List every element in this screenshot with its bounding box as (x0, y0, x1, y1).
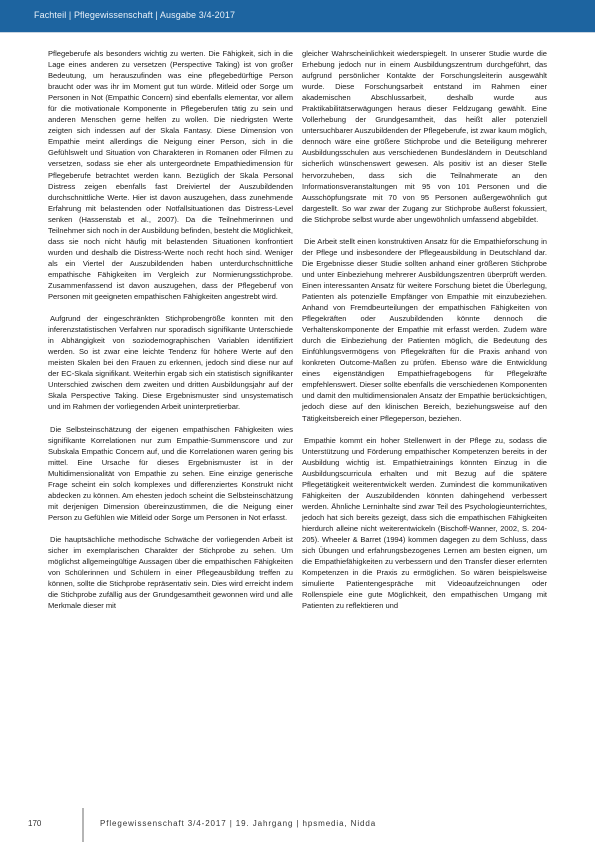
paragraph: Empathie kommt ein hoher Stellenwert in … (302, 435, 547, 612)
paragraph: Die hauptsächliche methodische Schwäche … (48, 534, 293, 611)
page-footer: 170 Pflegewissenschaft 3/4-2017 | 19. Ja… (0, 800, 595, 842)
left-column: Pflegeberufe als besonders wichtig zu we… (48, 48, 293, 622)
paragraph: Die Arbeit stellt einen konstruktiven An… (302, 236, 547, 424)
paragraph: Pflegeberufe als besonders wichtig zu we… (48, 48, 293, 302)
journal-info: Pflegewissenschaft 3/4-2017 | 19. Jahrga… (100, 819, 376, 828)
header-title: Fachteil | Pflegewissenschaft | Ausgabe … (34, 10, 235, 20)
right-column: gleicher Wahrscheinlichkeit wiederspiege… (302, 48, 547, 622)
footer-divider (82, 808, 84, 842)
running-header: Fachteil | Pflegewissenschaft | Ausgabe … (0, 0, 595, 33)
page-number: 170 (28, 819, 41, 828)
paragraph: gleicher Wahrscheinlichkeit wiederspiege… (302, 48, 547, 225)
paragraph: Aufgrund der eingeschränkten Stichproben… (48, 313, 293, 412)
paragraph: Die Selbsteinschätzung der eigenen empat… (48, 424, 293, 523)
